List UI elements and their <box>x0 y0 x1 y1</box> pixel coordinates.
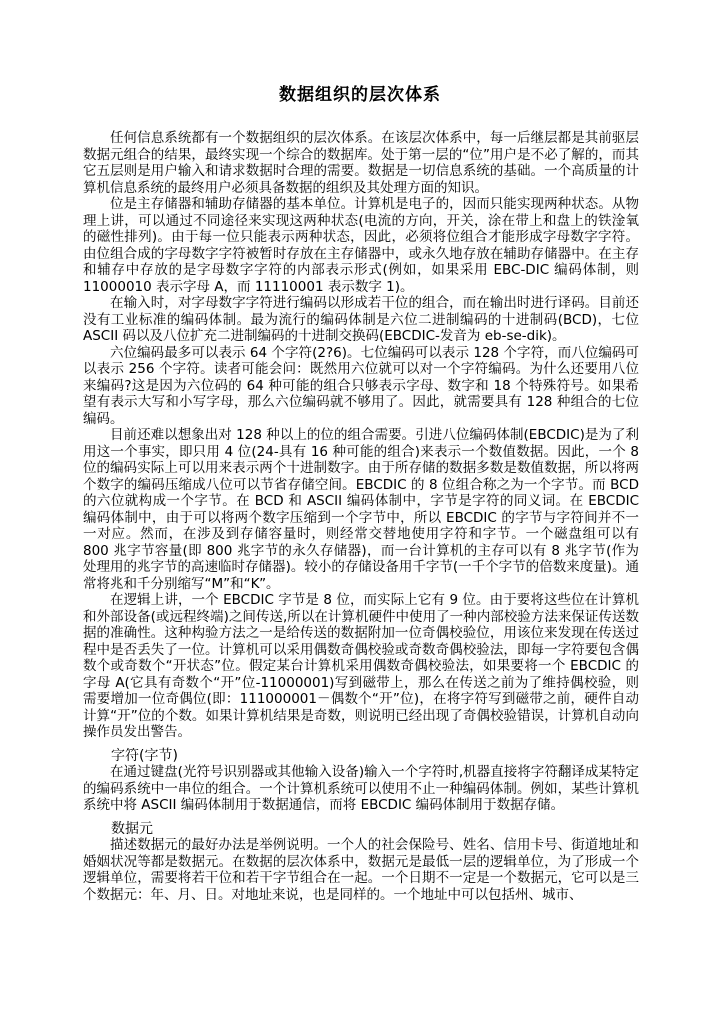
document-page: 数据组织的层次体系 任何信息系统都有一个数据组织的层次体系。在该层次体系中，每一… <box>0 0 720 1017</box>
paragraph: 在输入时，对字母数字字符进行编码以形成若干位的组合，而在输出时进行译码。目前还没… <box>83 295 639 345</box>
paragraph: 在逻辑上讲，一个 EBCDIC 字节是 8 位，而实际上它有 9 位。由于要将这… <box>83 592 639 741</box>
section-heading-data-element: 数据元 <box>83 821 639 838</box>
paragraph: 位是主存储器和辅助存储器的基本单位。计算机是电子的，因而只能实现两种状态。从物理… <box>83 196 639 295</box>
page-title: 数据组织的层次体系 <box>0 80 720 105</box>
paragraph: 六位编码最多可以表示 64 个字符(2?6)。七位编码可以表示 128 个字符，… <box>83 345 639 428</box>
paragraph: 目前还难以想象出对 128 种以上的位的组合需要。引进八位编码体制(EBCDIC… <box>83 427 639 592</box>
paragraph: 描述数据元的最好办法是举例说明。一个人的社会保险号、姓名、信用卡号、街道地址和婚… <box>83 837 639 903</box>
paragraph: 在通过键盘(光符号识别器或其他输入设备)输入一个字符时,机器直接将字符翻译成某特… <box>83 764 639 814</box>
document-body: 任何信息系统都有一个数据组织的层次体系。在该层次体系中，每一后继层都是其前驱层数… <box>83 130 639 903</box>
section-heading-character-byte: 字符(字节) <box>83 748 639 765</box>
paragraph: 任何信息系统都有一个数据组织的层次体系。在该层次体系中，每一后继层都是其前驱层数… <box>83 130 639 196</box>
